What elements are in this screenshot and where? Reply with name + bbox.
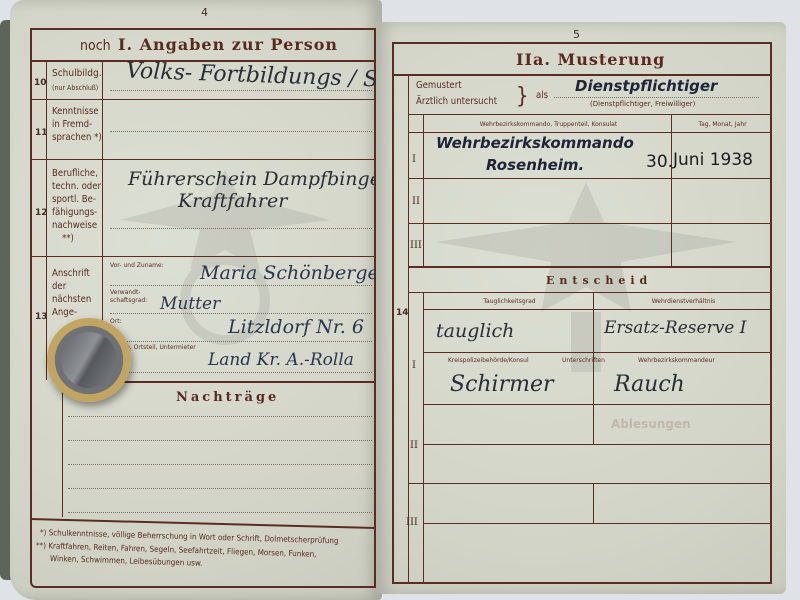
table-header-date: Tag, Monat, Jahr [673, 121, 772, 129]
sig-header-commander: Wehrbezirkskommandeur [638, 357, 715, 365]
divider [423, 352, 772, 353]
divider [423, 444, 772, 445]
row-roman: III [410, 240, 422, 251]
date-month-year: Juni 1938 [673, 150, 753, 170]
divider [423, 309, 772, 310]
row-label: (nur Abschluß) [52, 82, 98, 94]
row-number: 14 [396, 308, 409, 318]
divider [408, 114, 772, 115]
dotted-line [110, 313, 372, 314]
brace: } [516, 82, 529, 112]
row-label: in Fremd- [52, 119, 92, 131]
row-number: 12 [35, 208, 48, 218]
dotted-line [110, 341, 372, 342]
entscheid-title: Entscheid [546, 274, 652, 287]
divider [593, 483, 594, 523]
dotted-line [68, 512, 372, 513]
kin-name-value: Maria Schönberger [200, 262, 388, 284]
divider [408, 292, 772, 293]
dotted-line [68, 440, 372, 441]
field-label-name: Vor- und Zuname: [110, 262, 166, 270]
right-page: 5 IIa. Musterung Gemustert Ärztlich unte… [376, 22, 786, 594]
signature-police: Schirmer [450, 372, 554, 397]
row-label: techn. oder [52, 181, 101, 193]
row-roman: II [410, 440, 418, 451]
divider [30, 256, 376, 257]
divider [408, 132, 772, 133]
row-label: Anschrift [52, 268, 90, 280]
sig-header-signatures: Unterschriften [562, 357, 605, 365]
row-roman: I [412, 154, 416, 165]
divider [46, 60, 47, 380]
divider [392, 74, 772, 76]
divider [671, 114, 672, 266]
divider [423, 292, 424, 584]
faded-stamp: Ablesungen [611, 420, 691, 428]
divider [423, 404, 772, 405]
title-prefix: noch [80, 37, 111, 55]
divider [30, 159, 376, 160]
divider [408, 178, 772, 179]
divider [408, 74, 409, 584]
row-label: fähigungs- [52, 207, 97, 219]
row-label: nachweise [52, 220, 97, 232]
table-header-tauglichkeit: Tauglichkeitsgrad [426, 298, 593, 306]
section-title: I. Angaben zur Person [118, 35, 338, 54]
office-stamp-line1: Wehrbezirkskommando [436, 134, 634, 152]
row-label: Berufliche, [52, 168, 98, 180]
befaehigung-value-line1: Führerschein Dampfbinger [128, 168, 390, 190]
table-header-verhaeltnis: Wehrdienstverhältnis [595, 298, 772, 306]
als-label: als [536, 90, 548, 102]
divider [423, 114, 424, 266]
row-roman: III [406, 517, 418, 528]
row-label: nächsten [52, 294, 91, 306]
row-number: 13 [35, 312, 48, 322]
befaehigung-value-line2: Kraftfahrer [178, 190, 287, 212]
divider [593, 404, 594, 444]
status-options-hint: (Dienstpflichtiger, Freiwilliger) [590, 100, 695, 108]
page-number: 4 [201, 6, 208, 19]
kin-place-value: Litzldorf Nr. 6 [228, 316, 364, 338]
kin-street-value: Land Kr. A.-Rolla [208, 350, 354, 370]
row-number: 10 [34, 78, 47, 88]
row-roman: II [412, 196, 420, 207]
office-stamp-line2: Rosenheim. [486, 156, 584, 174]
verhaeltnis-value: Ersatz-Reserve I [604, 318, 746, 338]
row-label: **) [62, 233, 74, 245]
euro-coin [47, 318, 131, 402]
row-label: sportl. Be- [52, 194, 96, 206]
dotted-line [68, 488, 372, 489]
row-label: Ange- [52, 307, 77, 319]
nachtraege-title: Nachträge [176, 390, 279, 405]
left-page: 4 noch I. Angaben zur Person 10 Schulbil… [10, 0, 382, 600]
table-header-office: Wehrbezirkskommando, Truppenteil, Konsul… [426, 121, 671, 129]
row-roman: I [412, 360, 416, 371]
field-label-relation: Verwandt-schaftsgrad: [110, 289, 160, 305]
divider [408, 223, 772, 224]
date-day: 30. [646, 152, 673, 172]
divider [30, 99, 376, 100]
untersucht-label: Ärztlich untersucht [416, 96, 497, 108]
row-number: 11 [35, 128, 48, 138]
section-title: IIa. Musterung [516, 50, 665, 69]
dotted-line [110, 90, 372, 91]
page-number: 5 [573, 28, 580, 41]
dotted-line [68, 464, 372, 465]
sig-header-police: Kreispolizeibehörde/Konsul [448, 357, 529, 365]
tauglichkeit-value: tauglich [436, 320, 514, 342]
status-value: Dienstpflichtiger [575, 77, 717, 95]
row-label: der [52, 281, 66, 293]
dotted-line [110, 131, 372, 132]
dotted-line [554, 97, 759, 98]
divider [408, 483, 772, 484]
dotted-line [110, 285, 372, 286]
row-label: sprachen *) [52, 132, 102, 144]
row-label: Schulbildg. [52, 68, 102, 80]
dotted-line [68, 416, 372, 417]
signature-commander: Rauch [614, 372, 685, 397]
gemustert-label: Gemustert [416, 80, 462, 92]
divider [62, 381, 63, 517]
divider [408, 266, 772, 268]
divider [423, 523, 772, 524]
row-label: Kenntnisse [52, 106, 99, 118]
dotted-line [110, 228, 372, 229]
kin-relation-value: Mutter [160, 294, 220, 314]
dotted-line [110, 372, 372, 373]
